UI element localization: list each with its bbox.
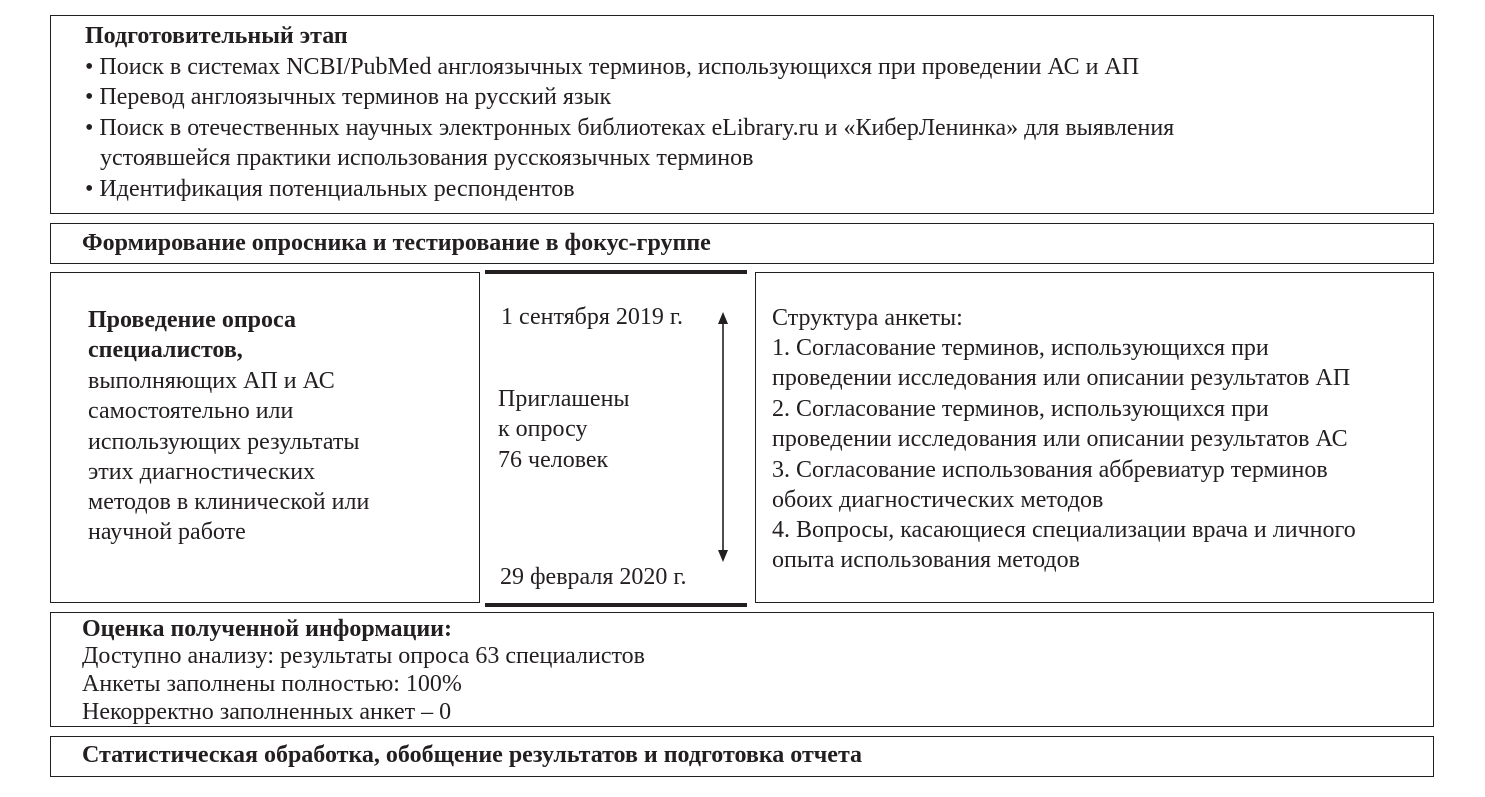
survey-body-line: научной работе <box>88 517 246 547</box>
survey-title-line: специалистов, <box>88 335 243 365</box>
questionnaire-stage-title: Формирование опросника и тестирование в … <box>82 228 711 258</box>
structure-line: проведении исследования или описании рез… <box>772 424 1348 454</box>
preparatory-bullet: • Перевод англоязычных терминов на русск… <box>85 82 611 112</box>
structure-line: обоих диагностических методов <box>772 485 1103 515</box>
structure-line: проведении исследования или описании рез… <box>772 363 1350 393</box>
invited-count: 76 человек <box>498 445 608 475</box>
preparatory-bullet: • Поиск в системах NCBI/PubMed англоязыч… <box>85 52 1139 82</box>
timeline-bottom-bar <box>485 603 747 607</box>
survey-end-date: 29 февраля 2020 г. <box>500 562 687 592</box>
preparatory-bullet: • Идентификация потенциальных респондент… <box>85 174 575 204</box>
structure-line: 2. Согласование терминов, использующихся… <box>772 394 1269 424</box>
evaluation-line: Анкеты заполнены полностью: 100% <box>82 669 462 699</box>
invited-line: Приглашены <box>498 384 630 414</box>
structure-title: Структура анкеты: <box>772 303 963 333</box>
evaluation-title: Оценка полученной информации: <box>82 614 452 644</box>
survey-body-line: самостоятельно или <box>88 396 293 426</box>
timeline-double-arrow-icon <box>712 306 734 568</box>
survey-body-line: выполняющих АП и АС <box>88 366 335 396</box>
statistics-stage-title: Статистическая обработка, обобщение резу… <box>82 740 862 770</box>
preparatory-bullet-continuation: устоявшейся практики использования русск… <box>100 143 753 173</box>
survey-title-line: Проведение опроса <box>88 305 296 335</box>
evaluation-line: Доступно анализу: результаты опроса 63 с… <box>82 641 645 671</box>
structure-line: 4. Вопросы, касающиеся специализации вра… <box>772 515 1356 545</box>
structure-line: опыта использования методов <box>772 545 1080 575</box>
structure-line: 3. Согласование использования аббревиату… <box>772 455 1328 485</box>
timeline-top-bar <box>485 270 747 274</box>
preparatory-stage-title: Подготовительный этап <box>85 21 348 51</box>
survey-body-line: использующих результаты <box>88 427 359 457</box>
survey-body-line: этих диагностических <box>88 457 315 487</box>
survey-body-line: методов в клинической или <box>88 487 369 517</box>
preparatory-bullet: • Поиск в отечественных научных электрон… <box>85 113 1174 143</box>
invited-line: к опросу <box>498 414 587 444</box>
survey-start-date: 1 сентября 2019 г. <box>501 302 683 332</box>
evaluation-line: Некорректно заполненных анкет – 0 <box>82 697 451 727</box>
structure-line: 1. Согласование терминов, использующихся… <box>772 333 1269 363</box>
